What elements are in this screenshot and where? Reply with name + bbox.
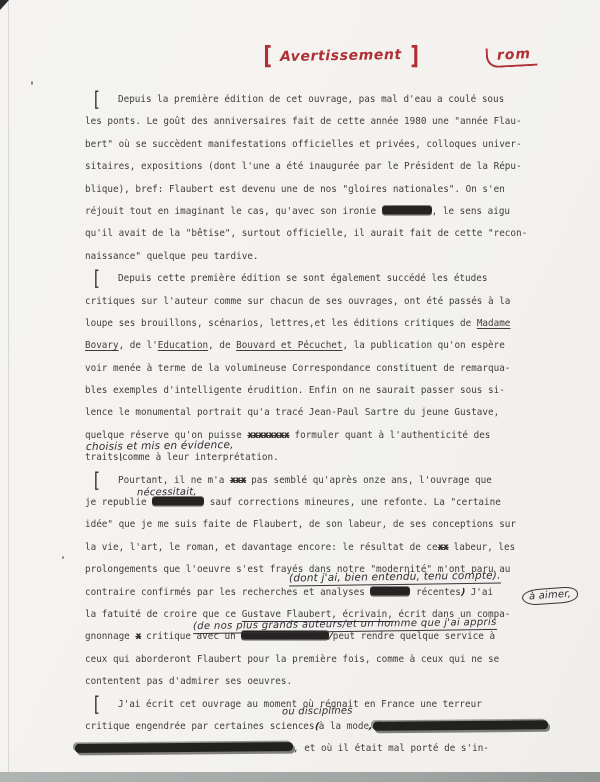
typed-text: ceux qui aborderont Flaubert pour la pre… [85, 654, 499, 665]
page-title: Avertissement [280, 47, 402, 65]
typed-text: Depuis la première édition de cet ouvrag… [118, 94, 504, 105]
typescript-line: qu'il avait de la "bêtise", surtout offi… [85, 223, 563, 245]
typescript-line: critiques sur l'auteur comme sur chacun … [85, 291, 563, 313]
handwritten-insertion-ou-disciplines: ou disciplines [282, 706, 353, 718]
typed-text: pas semblé qu'après onze ans, l'ouvrage … [246, 475, 492, 486]
typed-strikeout: xxxxxxxx [247, 430, 289, 441]
typed-text: Depuis cette première édition se sont ég… [118, 273, 487, 284]
typescript-line: , et où il était mal porté de s'in- [75, 738, 563, 760]
manuscript-photo: { "annotations": { "title": { "text": "A… [0, 0, 600, 782]
typed-strikeout: xxx [230, 475, 246, 486]
crossed-out-word [382, 206, 432, 214]
paragraph-bracket-mark: [ [94, 467, 100, 493]
typed-text: réjouit tout en imaginant le cas, qu'ave… [85, 206, 382, 217]
title-left-bracket-mark: [ [263, 42, 272, 70]
typeface-margin-note: rom [486, 46, 538, 69]
handwritten-insertion-choisis: choisis et mis en évidence, [86, 439, 234, 453]
handwritten-title: [ Avertissement ] [262, 42, 421, 70]
typed-text: , le sens aigu [432, 206, 510, 217]
typed-text: voir menée à terme de la volumineuse Cor… [85, 363, 510, 374]
typed-text: sitaires, expositions (dont l'une a été … [85, 161, 522, 172]
typed-text: gnonnage [85, 631, 135, 642]
scribbled-out-text [75, 742, 293, 753]
typescript-line: contentent pas d'admirer ses oeuvres. [85, 671, 563, 693]
typed-text: J'ai [465, 587, 493, 598]
typed-text: traits [85, 452, 119, 463]
typescript-line: [Depuis la première édition de cet ouvra… [85, 89, 563, 111]
typed-text: , de [208, 340, 236, 351]
typed-text: critiques sur l'auteur comme sur chacun … [85, 296, 510, 307]
typed-text: bert" où se succèdent manifestations off… [85, 139, 522, 150]
typescript-line: voir menée à terme de la volumineuse Cor… [85, 358, 563, 380]
typescript-line: idée" que je me suis faite de Flaubert, … [85, 514, 563, 536]
handwritten-insertion-tenu-compte: (dont j'ai, bien entendu, tenu compte). [289, 570, 501, 587]
typed-text: , et où il était mal porté de s'in- [293, 743, 489, 754]
typescript-line: lence le monumental portrait qu'a tracé … [85, 402, 563, 424]
typed-text: idée" que je me suis faite de Flaubert, … [85, 519, 516, 530]
typescript-line: réjouit tout en imaginant le cas, qu'ave… [85, 201, 563, 223]
typescript-line: les ponts. Le goût des anniversaires fai… [85, 111, 563, 133]
typescript-line: bert" où se succèdent manifestations off… [85, 134, 563, 156]
underlined-title-text: Education [158, 340, 208, 351]
typed-text: la vie, l'art, le roman, et davantage en… [85, 542, 438, 553]
typed-text: je republie [85, 497, 152, 508]
typed-text: lence le monumental portrait qu'a tracé … [85, 407, 499, 418]
typed-text: les ponts. Le goût des anniversaires fai… [85, 116, 522, 127]
title-right-bracket-mark: ] [411, 42, 420, 70]
typed-text: , la publication qu'on espère [343, 340, 505, 351]
typed-text: critique engendrée par certaines science… [85, 721, 315, 732]
typed-text: récentes [410, 587, 460, 598]
paragraph-bracket-mark: [ [94, 265, 100, 291]
typed-text: à la mode [319, 721, 369, 732]
paper-speck [31, 81, 33, 85]
typed-text: contraire confirmés par les recherches e… [85, 587, 370, 598]
typed-text: naissance" quelque peu tardive. [85, 251, 259, 262]
crossed-out-word [152, 497, 204, 505]
handwritten-inline-mark: ) [460, 581, 466, 604]
manuscript-page: [ Avertissement ] rom [Depuis la premièr… [0, 0, 600, 772]
underlined-title-text: Bouvard et Pécuchet [236, 340, 342, 351]
typed-text: Pourtant, il ne m'a [118, 475, 230, 486]
typescript-line: blique), bref: Flaubert est devenu une d… [85, 179, 563, 201]
paragraph-bracket-mark: [ [94, 691, 100, 717]
typed-text: contentent pas d'admirer ses oeuvres. [85, 676, 292, 687]
typed-strikeout: xx [438, 542, 448, 553]
typed-text: sauf corrections mineures, une refonte. … [204, 497, 501, 508]
typescript-line: loupe ses brouillons, scénarios, lettres… [85, 313, 563, 335]
typed-text: qu'il avait de la "bêtise", surtout offi… [85, 228, 527, 239]
typed-text: la fatuité de croire que ce [85, 609, 242, 620]
paragraph-bracket-mark: [ [94, 86, 100, 112]
crossed-out-word [370, 587, 410, 595]
typescript-line: [Depuis cette première édition se sont é… [85, 268, 563, 290]
typescript-line: sitaires, expositions (dont l'une a été … [85, 156, 563, 178]
typescript-line: la vie, l'art, le roman, et davantage en… [85, 537, 563, 559]
underlined-title-text: Madame [477, 318, 511, 329]
typed-text: blique), bref: Flaubert est devenu une d… [85, 184, 505, 195]
typescript-body: [Depuis la première édition de cet ouvra… [85, 89, 563, 761]
scan-background-strip [0, 772, 600, 782]
handwritten-correction-necessitait: nécessitait, [137, 487, 197, 499]
handwritten-inline-mark: ( [314, 716, 320, 739]
typed-text: labeur, les [448, 542, 515, 553]
typed-text: , de l' [119, 340, 158, 351]
scribbled-out-text [373, 720, 548, 731]
typescript-line: critique engendrée par certaines science… [85, 716, 563, 738]
typed-text: loupe ses brouillons, scénarios, lettres… [85, 318, 477, 329]
paper-edge-crease [8, 0, 9, 772]
typed-text: formuler quant à l'authenticité des [289, 430, 491, 441]
typescript-line: naissance" quelque peu tardive. [85, 246, 563, 268]
typescript-line: Bovary, de l'Education, de Bouvard et Pé… [85, 335, 563, 357]
paper-speck [62, 556, 64, 559]
typed-text: bles exemples d'intelligente érudition. … [85, 385, 505, 396]
typescript-line: bles exemples d'intelligente érudition. … [85, 380, 563, 402]
underlined-title-text: Bovary [85, 340, 119, 351]
typed-text: comme à leur interprétation. [122, 452, 279, 463]
typed-text: peut rendre quelque service à [333, 631, 495, 642]
typescript-line: ceux qui aborderont Flaubert pour la pre… [85, 649, 563, 671]
